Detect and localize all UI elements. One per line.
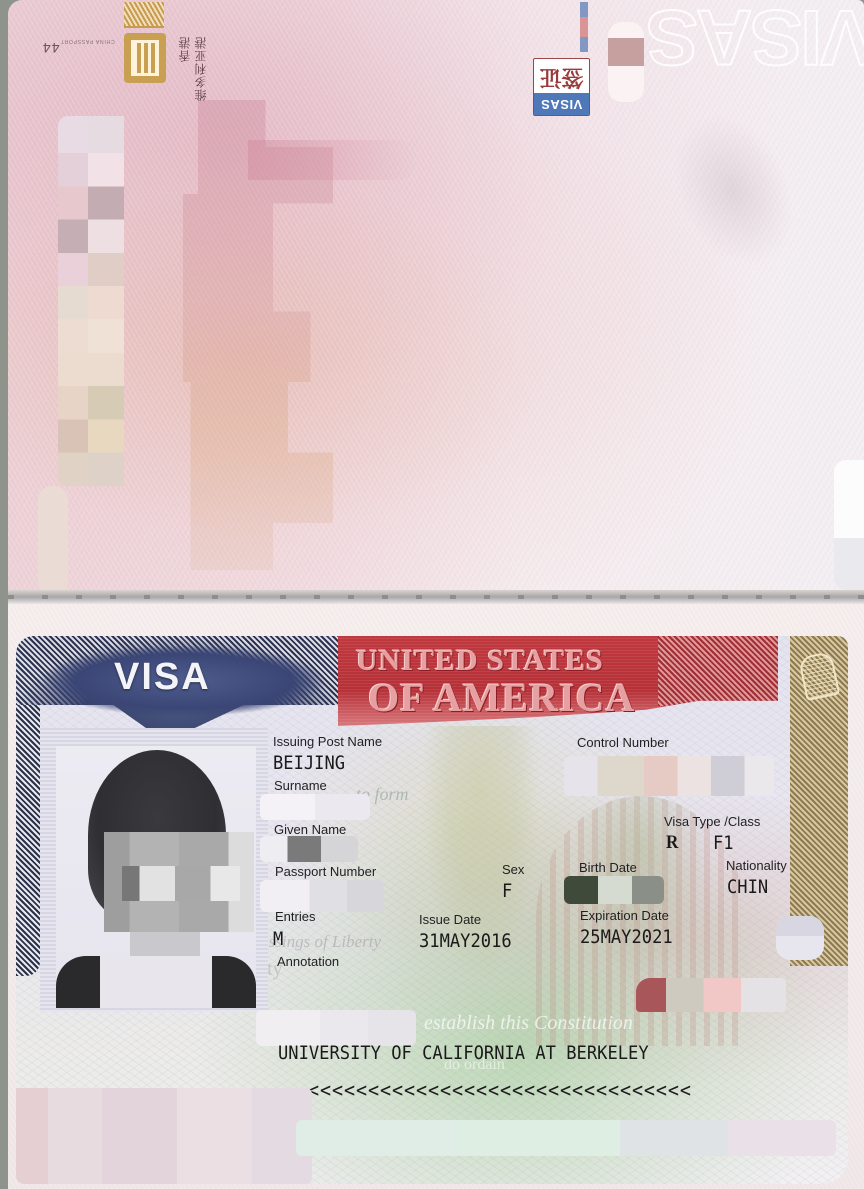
visas-page-stamp: VISAS 签证	[533, 58, 590, 116]
birth-date-label: Birth Date	[579, 860, 637, 875]
visa-title: VISA	[114, 656, 211, 699]
issue-date-value: 31MAY2016	[419, 930, 512, 952]
redacted-region	[608, 22, 644, 102]
entries-value: M	[273, 928, 283, 950]
redacted-region	[16, 1088, 312, 1184]
series-label: CHINA PASSPORT	[60, 38, 115, 44]
redacted-face	[122, 866, 240, 901]
annotation-label: Annotation	[277, 954, 339, 969]
visa-type-label: Visa Type /Class	[664, 814, 760, 829]
redacted-control-number	[564, 756, 774, 796]
redacted-given-name	[260, 836, 358, 862]
region-text-line1: 香港	[178, 36, 192, 62]
tricolor-mark	[580, 2, 588, 52]
annotation-value: UNIVERSITY OF CALIFORNIA AT BERKELEY	[278, 1042, 649, 1064]
redacted-passport-number	[260, 880, 384, 912]
redacted-region	[776, 916, 824, 960]
redacted-mrz-line	[296, 1120, 836, 1156]
issuing-post-label: Issuing Post Name	[273, 734, 382, 749]
sex-value: F	[502, 880, 512, 902]
us-visa-foil: to form Blessings of Liberty and our Pos…	[16, 636, 848, 1184]
given-name-label: Given Name	[274, 822, 346, 837]
country-name-line1: UNITED STATES	[356, 644, 604, 678]
liberty-bell-icon	[798, 651, 840, 701]
binding-stitches	[8, 595, 864, 599]
watermark-tower-image	[248, 140, 418, 180]
issuing-post-value: BEIJING	[273, 752, 345, 774]
redacted-region	[58, 116, 124, 486]
redacted-surname	[260, 794, 370, 820]
redacted-region	[636, 978, 786, 1012]
passport-binding	[8, 590, 864, 604]
visa-class-value: F1	[713, 832, 734, 854]
redacted-region	[38, 486, 68, 596]
weave-pattern	[658, 636, 778, 706]
issue-date-label: Issue Date	[419, 912, 481, 927]
control-number-label: Control Number	[577, 735, 669, 750]
passport-emblem-icon	[124, 33, 166, 83]
mrz-line: <<<<<<<<<<<<<<<<<<<<<<<<<<<<<<<<	[308, 1078, 692, 1102]
nationality-value: CHIN	[727, 876, 768, 898]
visas-watermark: VISAS	[648, 0, 864, 83]
sex-label: Sex	[502, 862, 524, 877]
redacted-birth-date	[564, 876, 664, 904]
gold-stripes-decoration	[124, 2, 164, 28]
passport-number-label: Passport Number	[275, 864, 376, 879]
redacted-region	[834, 460, 864, 590]
country-name-line2: OF AMERICA	[368, 674, 635, 721]
entries-label: Entries	[275, 909, 315, 924]
redacted-region	[256, 1010, 416, 1046]
expiration-date-label: Expiration Date	[580, 908, 669, 923]
passport-page-upper: 44 CHINA PASSPORT 香港 维多利亚港 VISAS 签证 VISA…	[8, 0, 864, 598]
expiration-date-value: 25MAY2021	[580, 926, 673, 948]
page-number: 44	[42, 40, 60, 56]
surname-label: Surname	[274, 778, 327, 793]
paper-texture	[8, 0, 864, 598]
photo-shoulders	[56, 956, 256, 1008]
holder-photo	[56, 746, 256, 1008]
visas-stamp-label: VISAS	[534, 93, 589, 115]
visa-type-value: R	[666, 832, 678, 854]
region-text-line2: 维多利亚港	[194, 36, 208, 101]
background-script: establish this Constitution	[424, 1012, 633, 1035]
nationality-label: Nationality	[726, 858, 787, 873]
visas-stamp-chinese: 签证	[534, 59, 589, 93]
